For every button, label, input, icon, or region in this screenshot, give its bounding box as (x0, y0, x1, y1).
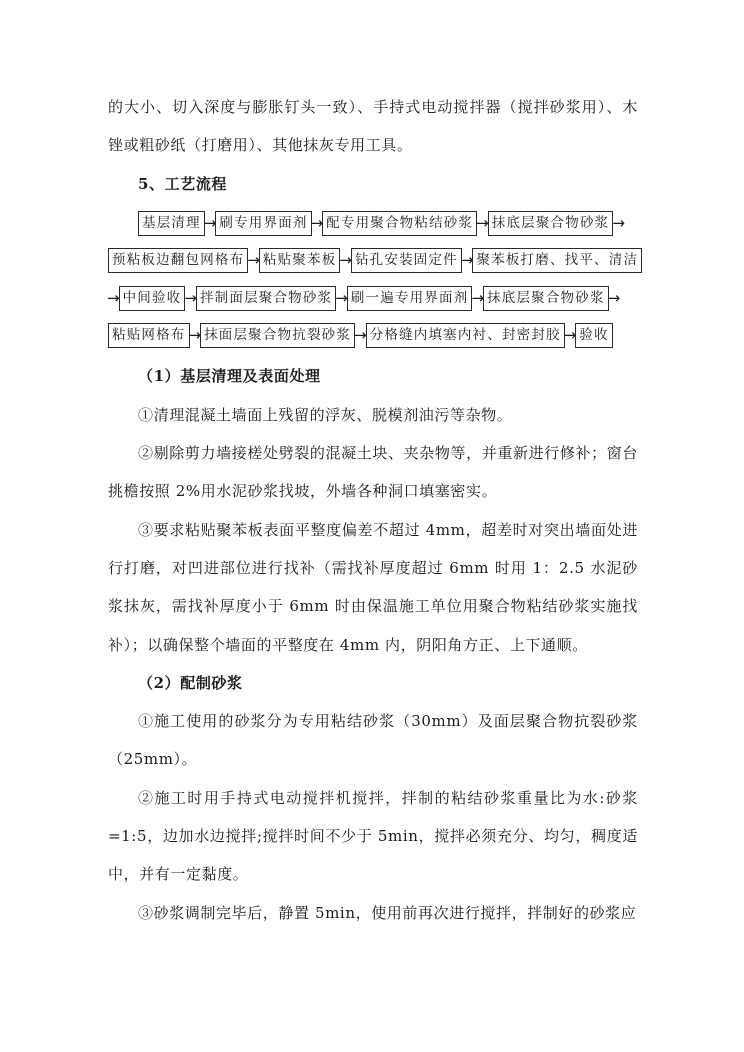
flow-step: 抹底层聚合物砂浆 (488, 211, 614, 236)
flow-step: 基层清理 (138, 211, 205, 236)
flow-step: 预粘板边翻包网格布 (108, 248, 248, 273)
flowchart-row-4: 粘贴网格布 → 抹面层聚合物抗裂砂浆 → 分格缝内填塞内衬、封密封胶 → 验收 (108, 317, 638, 354)
flow-step: 钻孔安装固定件 (351, 248, 462, 273)
flow-step: 拌制面层聚合物砂浆 (196, 286, 336, 311)
flow-step: 粘贴网格布 (108, 323, 190, 348)
flow-arrow-icon: → (608, 289, 621, 308)
section-1-item-3: ③要求粘贴聚苯板表面平整度偏差不超过 4mm，超差时对突出墙面处进行打磨，对凹进… (108, 511, 638, 664)
flow-step: 抹底层聚合物砂浆 (483, 286, 609, 311)
flow-step: 分格缝内填塞内衬、封密封胶 (366, 323, 565, 348)
section-1-item-1: ①清理混凝土墙面上残留的浮灰、脱模剂油污等杂物。 (108, 396, 638, 434)
flow-step: 中间验收 (119, 286, 186, 311)
flowchart-row-1: 基层清理 → 刷专用界面剂 → 配专用聚合物粘结砂浆 → 抹底层聚合物砂浆 → (138, 205, 638, 242)
intro-paragraph: 的大小、切入深度与膨胀钉头一致）、手持式电动搅拌器（搅拌砂浆用）、木锉或粗砂纸（… (108, 88, 638, 165)
flow-step: 刷一遍专用界面剂 (347, 286, 473, 311)
flowchart-row-2: 预粘板边翻包网格布 → 粘贴聚苯板 → 钻孔安装固定件 → 聚苯板打磨、找平、清… (108, 242, 638, 279)
section-1-heading: （1）基层清理及表面处理 (108, 357, 638, 395)
page-content: 的大小、切入深度与膨胀钉头一致）、手持式电动搅拌器（搅拌砂浆用）、木锉或粗砂纸（… (108, 88, 638, 932)
document-page: { "document": { "intro_paragraph": "的大小、… (0, 0, 744, 1052)
section-5-heading: 5、工艺流程 (108, 165, 638, 203)
flow-step: 验收 (575, 323, 612, 348)
flow-step: 抹面层聚合物抗裂砂浆 (200, 323, 355, 348)
section-1-item-2: ②剔除剪力墙接槎处劈裂的混凝土块、夹杂物等，并重新进行修补；窗台挑檐按照 2%用… (108, 434, 638, 511)
section-2-item-1: ①施工使用的砂浆分为专用粘结砂浆（30mm）及面层聚合物抗裂砂浆（25mm）。 (108, 702, 638, 779)
section-2-heading: （2）配制砂浆 (108, 664, 638, 702)
section-2-item-2: ②施工时用手持式电动搅拌机搅拌，拌制的粘结砂浆重量比为水:砂浆=1:5，边加水边… (108, 779, 638, 894)
flowchart-row-3: → 中间验收 → 拌制面层聚合物砂浆 → 刷一遍专用界面剂 → 抹底层聚合物砂浆… (108, 280, 638, 317)
flow-step: 刷专用界面剂 (215, 211, 311, 236)
flow-step: 聚苯板打磨、找平、清洁 (472, 248, 642, 273)
process-flowchart: 基层清理 → 刷专用界面剂 → 配专用聚合物粘结砂浆 → 抹底层聚合物砂浆 → … (108, 203, 638, 358)
section-2-item-3: ③砂浆调制完毕后，静置 5min，使用前再次进行搅拌，拌制好的砂浆应 (108, 894, 638, 932)
flow-step: 粘贴聚苯板 (259, 248, 341, 273)
flow-step: 配专用聚合物粘结砂浆 (322, 211, 477, 236)
flow-arrow-icon: → (612, 214, 625, 233)
